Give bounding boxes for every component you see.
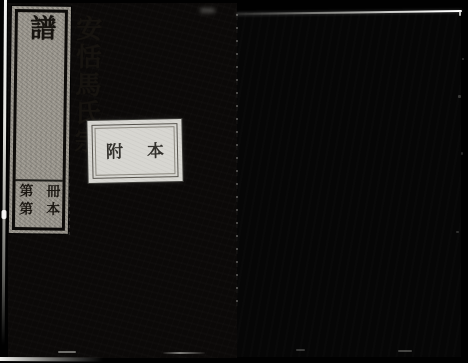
dust-speckle [163,352,205,354]
title-sub-right-column: 冊本 [43,183,62,227]
title-label-frame: 安恬馬氏宗譜 第第 冊本 [12,9,68,231]
spine-gap [236,14,238,306]
bottom-edge-highlight [0,357,112,362]
page-edge-highlight [2,0,7,345]
volume-label: 附本 [87,119,182,183]
dust-speckle [462,58,464,60]
dust-speckle [398,350,412,352]
dust-speckle [456,231,459,233]
genealogy-book-cover-photo: 安恬馬氏宗譜 第第 冊本 附本 [0,0,468,363]
dust-speckle [296,349,305,351]
dust-speckle [458,95,461,98]
cover-corner-highlight [459,11,461,16]
title-sub-section: 第第 冊本 [15,179,63,228]
title-sub-left-column: 第第 [16,183,35,227]
back-cover [237,12,461,357]
title-label: 安恬馬氏宗譜 第第 冊本 [9,6,71,234]
dust-speckle [58,351,76,353]
volume-label-text: 附本 [106,136,189,163]
dust-speckle [461,152,463,155]
top-edge-smudge [200,8,215,13]
